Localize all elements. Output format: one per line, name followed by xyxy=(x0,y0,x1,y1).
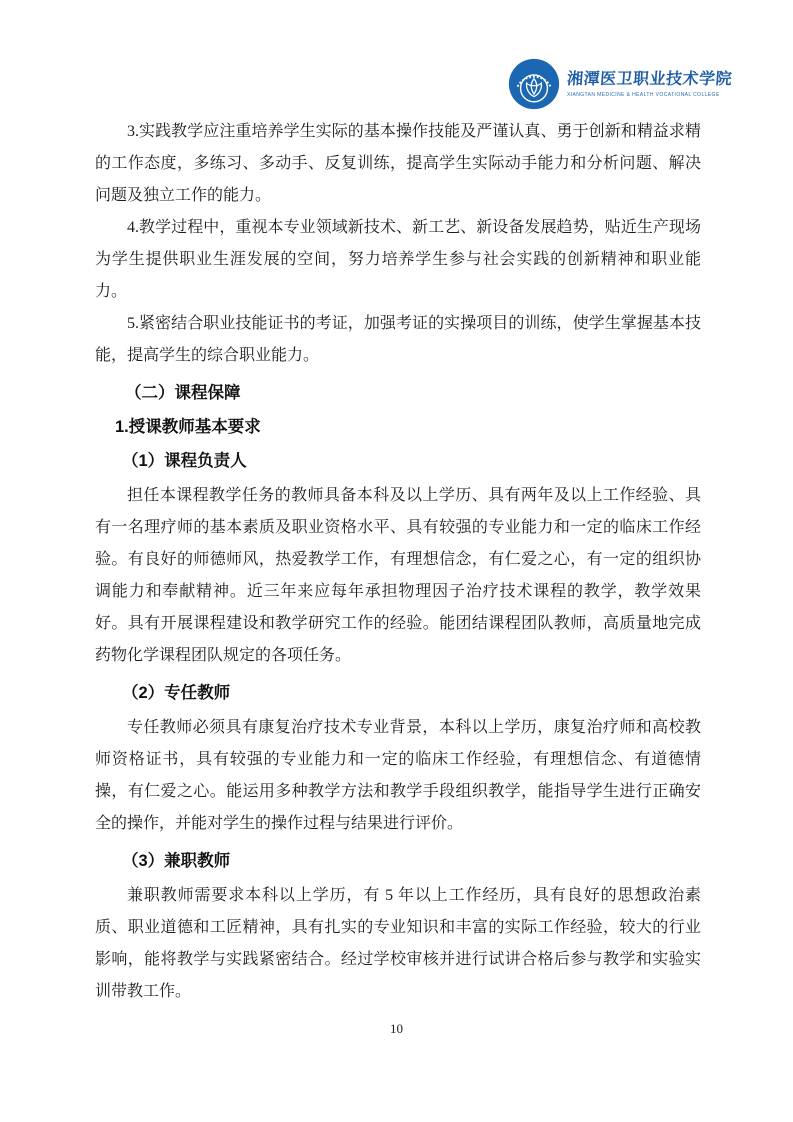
paragraph-parttime-teachers: 兼职教师需要求本科以上学历，有 5 年以上工作经历，具有良好的思想政治素质、职业… xyxy=(95,880,701,1008)
college-logo-text: 湘潭医卫职业技术学院 XIANGTAN MEDICINE & HEALTH VO… xyxy=(567,70,732,98)
heading-course-leader: （1）课程负责人 xyxy=(95,448,701,474)
heading-course-assurance: （二）课程保障 xyxy=(95,380,701,406)
document-content: 3.实践教学应注重培养学生实际的基本操作技能及严谨认真、勇于创新和精益求精的工作… xyxy=(95,116,701,1008)
page-number: 10 xyxy=(0,1021,793,1037)
heading-parttime-teachers: （3）兼职教师 xyxy=(95,848,701,874)
college-name-zh: 湘潭医卫职业技术学院 xyxy=(566,70,732,90)
paragraph-teaching-process: 4.教学过程中，重视本专业领域新技术、新工艺、新设备发展趋势，贴近生产现场为学生… xyxy=(95,212,701,308)
paragraph-certificates: 5.紧密结合职业技能证书的考证，加强考证的实操项目的训练，使学生掌握基本技能，提… xyxy=(95,308,701,372)
college-logo: 湘潭医卫职业技术学院 XIANGTAN MEDICINE & HEALTH VO… xyxy=(508,58,732,110)
heading-teacher-basic-requirements: 1.授课教师基本要求 xyxy=(95,414,701,440)
college-name-en: XIANGTAN MEDICINE & HEALTH VOCATIONAL CO… xyxy=(567,92,732,98)
paragraph-fulltime-teachers: 专任教师必须具有康复治疗技术专业背景，本科以上学历，康复治疗师和高校教师资格证书… xyxy=(95,712,701,840)
paragraph-course-leader: 担任本课程教学任务的教师具备本科及以上学历、具有两年及以上工作经验、具有一名理疗… xyxy=(95,480,701,672)
paragraph-practical-teaching: 3.实践教学应注重培养学生实际的基本操作技能及严谨认真、勇于创新和精益求精的工作… xyxy=(95,116,701,212)
college-emblem-icon xyxy=(508,58,560,110)
document-page: 湘潭医卫职业技术学院 XIANGTAN MEDICINE & HEALTH VO… xyxy=(0,0,793,1122)
heading-fulltime-teachers: （2）专任教师 xyxy=(95,680,701,706)
